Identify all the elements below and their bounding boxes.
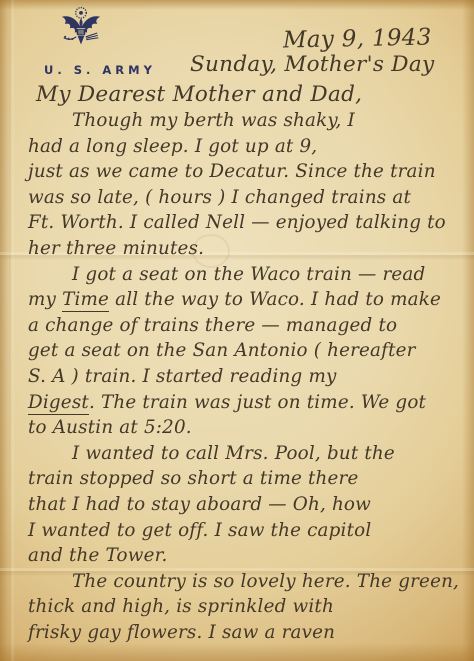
letter-line: I wanted to call Mrs. Pool, but the [28,441,464,467]
letter-line: frisky gay flowers. I saw a raven [28,620,464,646]
letter-line: my Time all the way to Waco. I had to ma… [28,287,464,313]
letter-body: Though my berth was shaky, Ihad a long s… [28,108,464,645]
letter-line: I got a seat on the Waco train — read [28,262,464,288]
letter-paragraph: I got a seat on the Waco train — readmy … [28,262,464,441]
letter-line: get a seat on the San Antonio ( hereafte… [28,338,464,364]
letter-paragraph: The country is so lovely here. The green… [28,569,464,646]
letter-line: that I had to stay aboard — Oh, how [28,492,464,518]
fold-crease-vertical [9,0,15,661]
underlined-title: Time [62,289,109,312]
letter-line: a change of trains there — managed to [28,313,464,339]
letter-paragraph: Though my berth was shaky, Ihad a long s… [28,108,464,262]
letter-line: S. A ) train. I started reading my [28,364,464,390]
us-army-eagle-emblem [58,6,104,59]
army-wordmark: U. S. ARMY [44,63,156,77]
letter-line: train stopped so short a time there [28,466,464,492]
salutation-line: My Dearest Mother and Dad, [36,82,362,107]
underlined-title: Digest [28,392,89,415]
letter-line: and the Tower. [28,543,464,569]
letter-line: just as we came to Decatur. Since the tr… [28,159,464,185]
letter-line: I wanted to get off. I saw the capitol [28,518,464,544]
letter-line: was so late, ( hours ) I changed trains … [28,185,464,211]
occasion-line: Sunday, Mother's Day [190,52,434,77]
letter-line: her three minutes. [28,236,464,262]
letter-line: The country is so lovely here. The green… [28,569,464,595]
letter-line: thick and high, is sprinkled with [28,594,464,620]
letter-page: U. S. ARMY May 9, 1943 Sunday, Mother's … [0,0,474,661]
letter-line: Though my berth was shaky, I [28,108,464,134]
letter-line: to Austin at 5:20. [28,415,464,441]
date-line: May 9, 1943 [283,24,432,53]
letter-line: Ft. Worth. I called Nell — enjoyed talki… [28,210,464,236]
letter-line: Digest. The train was just on time. We g… [28,390,464,416]
letter-line: had a long sleep. I got up at 9, [28,134,464,160]
letter-paragraph: I wanted to call Mrs. Pool, but thetrain… [28,441,464,569]
